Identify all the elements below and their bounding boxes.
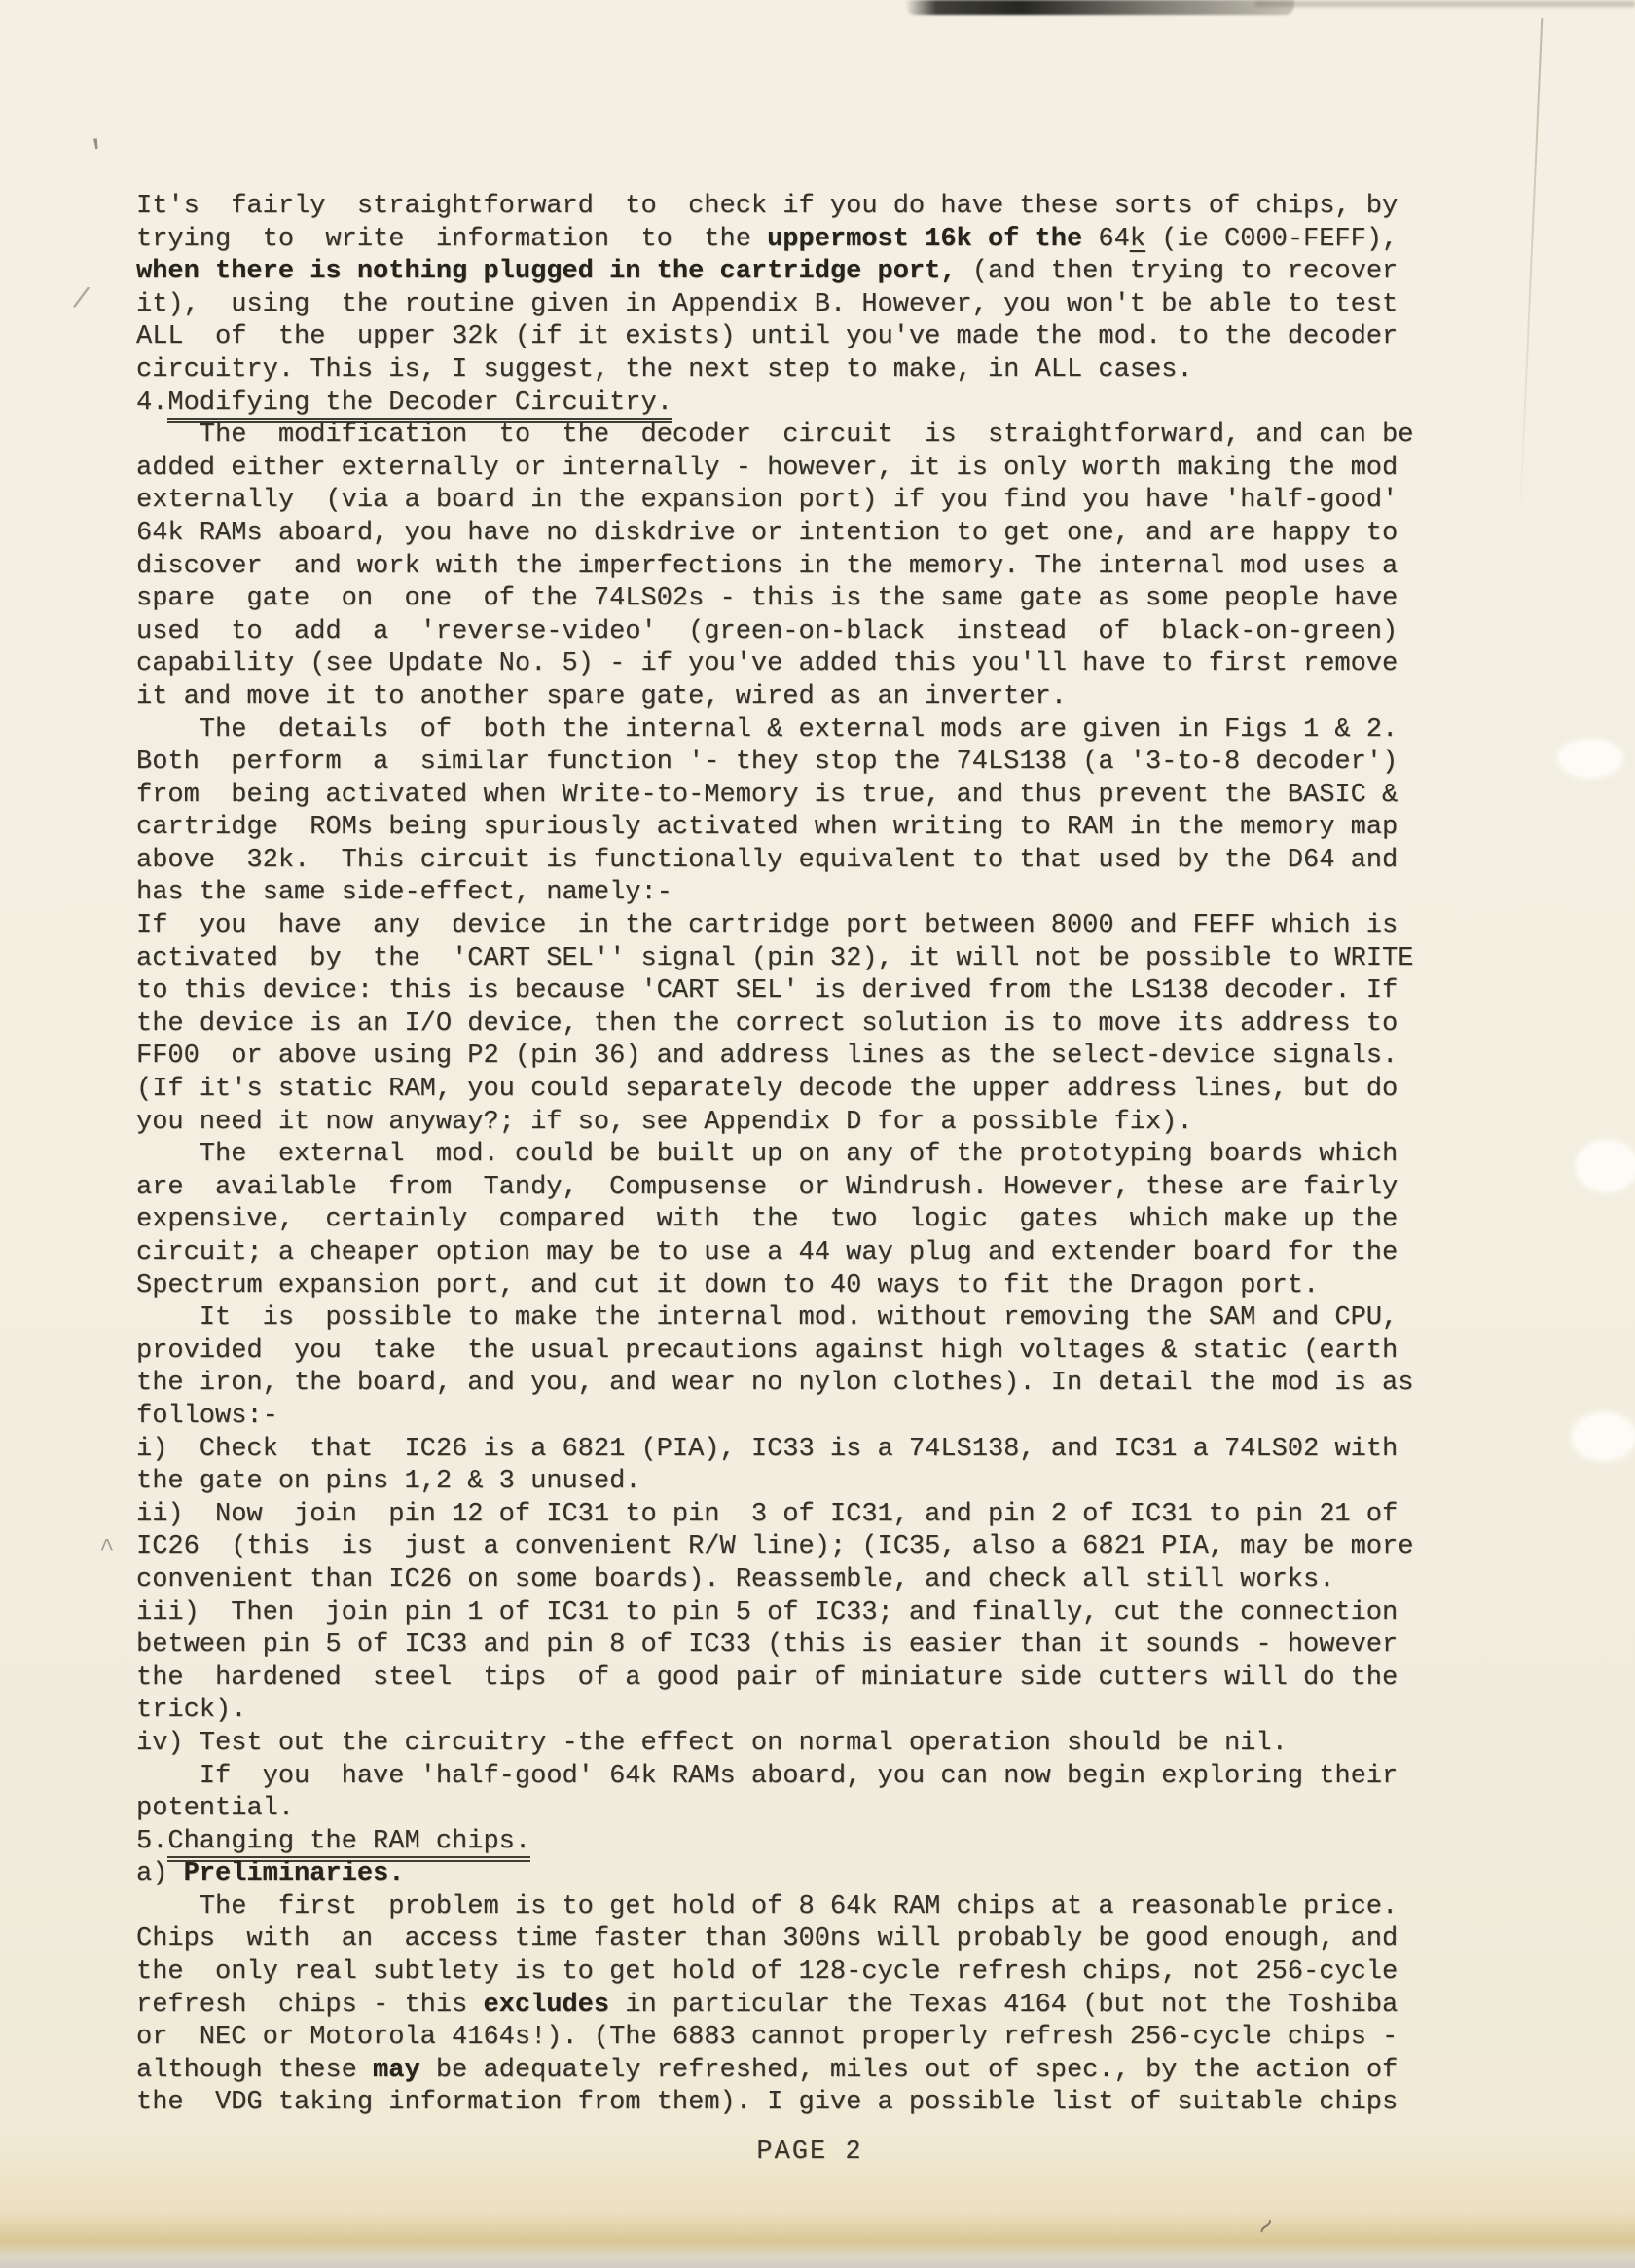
section-heading: a) Preliminaries. (136, 1858, 1557, 1891)
text-line: 64k RAMs aboard, you have no diskdrive o… (136, 518, 1557, 551)
text-line: Both perform a similar function '- they … (136, 747, 1557, 780)
text-line: although these may be adequately refresh… (136, 2055, 1557, 2088)
text-line: It is possible to make the internal mod.… (136, 1302, 1557, 1335)
text-line: capability (see Update No. 5) - if you'v… (136, 648, 1557, 681)
text-line: (If it's static RAM, you could separatel… (136, 1074, 1557, 1107)
text-line: activated by the 'CART SEL'' signal (pin… (136, 943, 1557, 976)
ink-mark: / (70, 283, 92, 318)
text-line: potential. (136, 1793, 1557, 1826)
text-line: are available from Tandy, Compusense or … (136, 1172, 1557, 1205)
punch-hole (1573, 1413, 1635, 1460)
text-line: If you have 'half-good' 64k RAMs aboard,… (136, 1761, 1557, 1794)
text-line: iv) Test out the circuitry -the effect o… (136, 1728, 1557, 1761)
text-line: i) Check that IC26 is a 6821 (PIA), IC33… (136, 1434, 1557, 1467)
text-line: it and move it to another spare gate, wi… (136, 681, 1557, 714)
text-line: provided you take the usual precautions … (136, 1335, 1557, 1369)
text-line: ii) Now join pin 12 of IC31 to pin 3 of … (136, 1499, 1557, 1532)
text-line: The modification to the decoder circuit … (136, 420, 1557, 453)
text-line: when there is nothing plugged in the car… (136, 256, 1557, 289)
section-heading: 5.Changing the RAM chips. (136, 1826, 1557, 1859)
text-line: circuit; a cheaper option may be to use … (136, 1237, 1557, 1270)
text-line: used to add a 'reverse-video' (green-on-… (136, 616, 1557, 649)
text-line: discover and work with the imperfections… (136, 551, 1557, 584)
text-line: from being activated when Write-to-Memor… (136, 780, 1557, 813)
text-line: If you have any device in the cartridge … (136, 910, 1557, 943)
text-line: the device is an I/O device, then the co… (136, 1008, 1557, 1042)
text-line: above 32k. This circuit is functionally … (136, 845, 1557, 878)
text-line: refresh chips - this excludes in particu… (136, 1990, 1557, 2023)
scan-smudge (905, 0, 1294, 15)
text-line: The first problem is to get hold of 8 64… (136, 1891, 1557, 1924)
text-line: FF00 or above using P2 (pin 36) and addr… (136, 1041, 1557, 1074)
text-line: added either externally or internally - … (136, 453, 1557, 486)
text-line: expensive, certainly compared with the t… (136, 1204, 1557, 1237)
text-line: circuitry. This is, I suggest, the next … (136, 354, 1557, 387)
text-line: the iron, the board, and you, and wear n… (136, 1368, 1557, 1401)
text-line: follows:- (136, 1401, 1557, 1434)
text-line: iii) Then join pin 1 of IC31 to pin 5 of… (136, 1597, 1557, 1630)
ink-mark: ^ (99, 1534, 115, 1563)
punch-hole (1577, 1141, 1635, 1191)
text-line: The details of both the internal & exter… (136, 714, 1557, 748)
text-line: cartridge ROMs being spuriously activate… (136, 812, 1557, 845)
text-line: spare gate on one of the 74LS02s - this … (136, 583, 1557, 616)
text-line: the only real subtlety is to get hold of… (136, 1957, 1557, 1990)
text-line: has the same side-effect, namely:- (136, 877, 1557, 910)
text-line: you need it now anyway?; if so, see Appe… (136, 1107, 1557, 1140)
text-line: Chips with an access time faster than 30… (136, 1923, 1557, 1957)
text-line: trick). (136, 1695, 1557, 1728)
text-line: IC26 (this is just a convenient R/W line… (136, 1531, 1557, 1564)
text-line: trying to write information to the upper… (136, 224, 1557, 257)
text-line: to this device: this is because 'CART SE… (136, 975, 1557, 1008)
page-number: PAGE 2 (136, 2138, 1448, 2167)
ink-mark: ~ (1250, 2211, 1287, 2246)
text-line: It's fairly straightforward to check if … (136, 191, 1557, 224)
text-block: It's fairly straightforward to check if … (136, 191, 1557, 2120)
text-line: the gate on pins 1,2 & 3 unused. (136, 1466, 1557, 1499)
text-line: externally (via a board in the expansion… (136, 485, 1557, 518)
punch-hole (1558, 740, 1622, 777)
section-heading: 4.Modifying the Decoder Circuitry. (136, 387, 1557, 421)
text-line: it), using the routine given in Appendix… (136, 289, 1557, 322)
text-line: ALL of the upper 32k (if it exists) unti… (136, 321, 1557, 354)
text-line: the hardened steel tips of a good pair o… (136, 1663, 1557, 1696)
text-line: between pin 5 of IC33 and pin 8 of IC33 … (136, 1629, 1557, 1663)
text-line: Spectrum expansion port, and cut it down… (136, 1270, 1557, 1303)
scan-edge-line (1255, 1, 1635, 7)
text-line: convenient than IC26 on some boards). Re… (136, 1564, 1557, 1597)
ink-mark: ' (85, 135, 109, 174)
page: It's fairly straightforward to check if … (0, 0, 1635, 2268)
text-line: The external mod. could be built up on a… (136, 1139, 1557, 1172)
text-line: or NEC or Motorola 4164s!). (The 6883 ca… (136, 2022, 1557, 2055)
text-line: the VDG taking information from them). I… (136, 2087, 1557, 2120)
